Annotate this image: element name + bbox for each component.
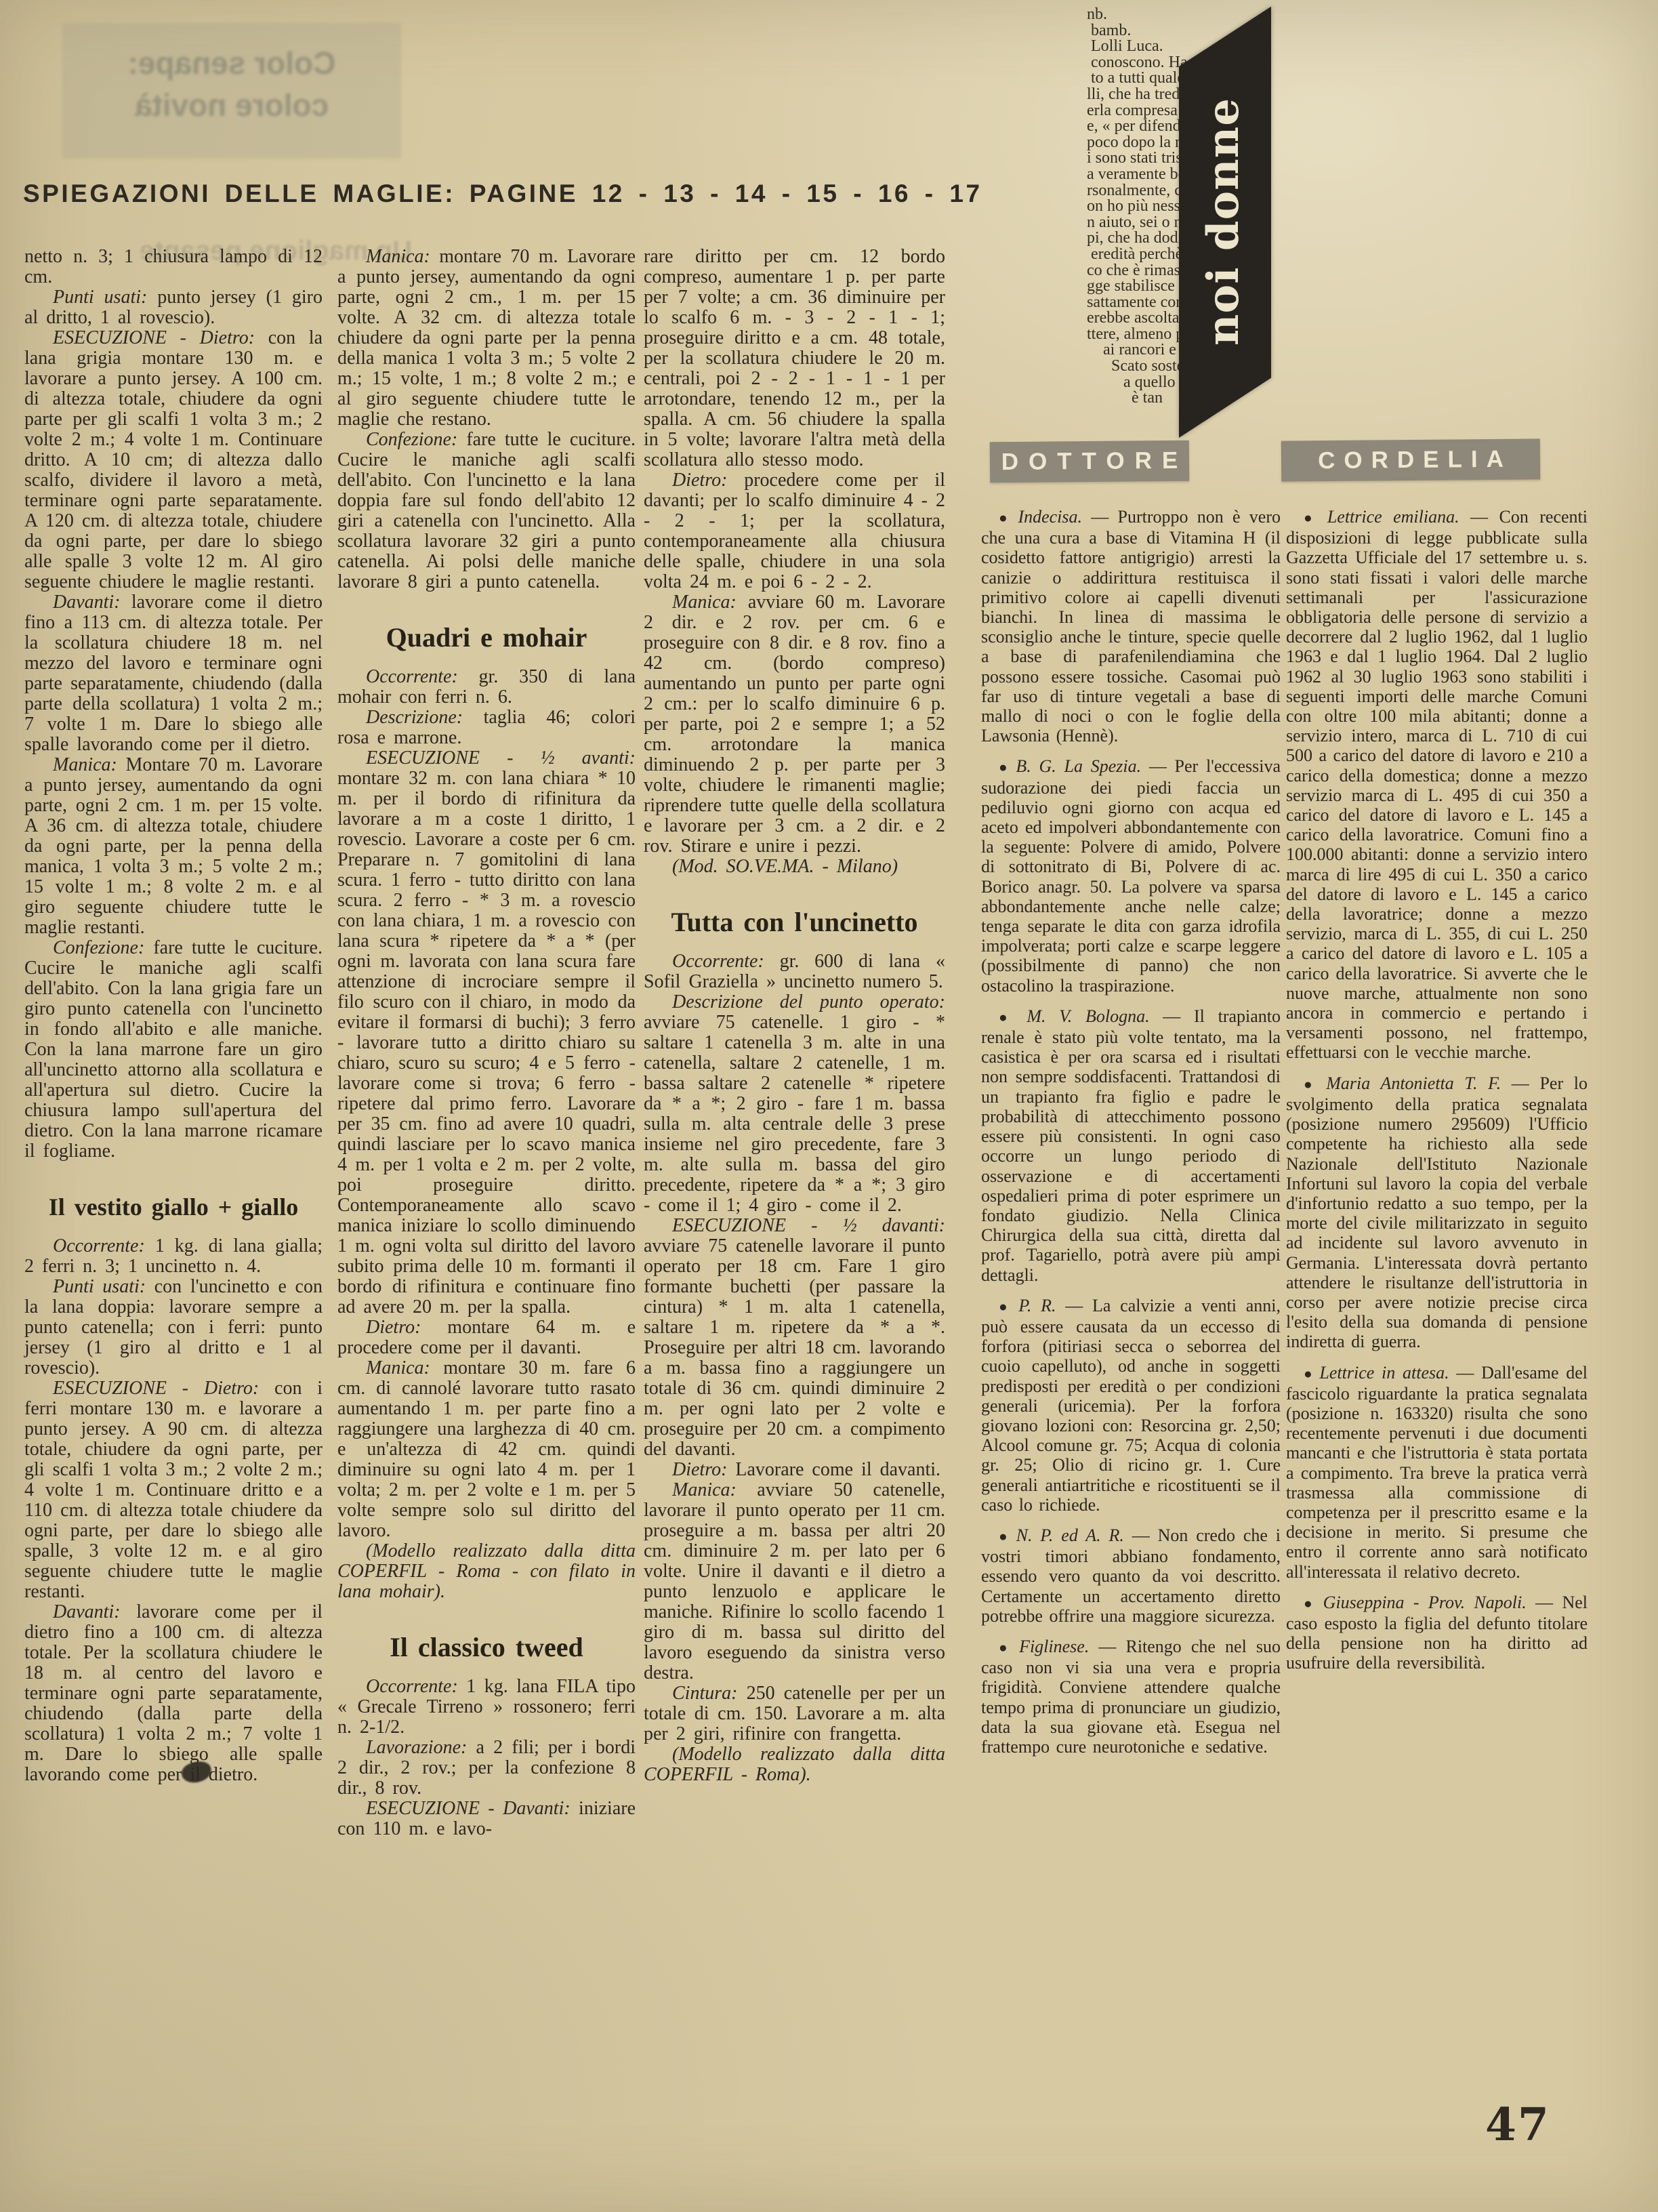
correspondent-name: B. G. La Spezia. <box>1016 756 1148 776</box>
instruction-paragraph: Manica: avviare 50 catenelle, lavorare i… <box>644 1480 945 1683</box>
instruction-paragraph: Occorrente: gr. 350 di lana mohair con f… <box>337 667 636 708</box>
instruction-paragraph: Descrizione del punto operato: avviare 7… <box>644 992 945 1216</box>
paragraph-lead: Lavorazione: <box>366 1737 467 1758</box>
instruction-paragraph: Occorrente: 1 kg. di lana gialla; 2 ferr… <box>24 1236 323 1277</box>
instruction-paragraph: rare diritto per cm. 12 bordo compreso, … <box>644 247 945 470</box>
advice-item: ● Lettrice in attesa. — Dall'esame del f… <box>1286 1363 1588 1582</box>
bullet-icon: ● <box>999 759 1016 775</box>
instruction-paragraph: Manica: montare 70 m. Lavorare a punto j… <box>337 247 636 430</box>
correspondent-name: Figlinese. <box>1019 1637 1098 1656</box>
magazine-page: Color senape:colore novità Un maglione p… <box>0 0 1658 2212</box>
advice-item: ● M. V. Bologna. — Il trapianto renale è… <box>981 1006 1281 1285</box>
instruction-paragraph: netto n. 3; 1 chiusura lampo di 12 cm. <box>24 247 323 287</box>
article-headline: Il vestito giallo + giallo <box>24 1197 323 1217</box>
instruction-paragraph: Occorrente: gr. 600 di lana « Sofil Graz… <box>644 951 945 992</box>
correspondent-name: Lettrice emiliana. <box>1327 507 1470 527</box>
paragraph-lead: ESECUZIONE - Dietro: <box>53 1378 259 1399</box>
instruction-paragraph: ESECUZIONE - ½ avanti: montare 32 m. con… <box>337 748 636 1317</box>
advice-item: ● Maria Antonietta T. F. — Per lo svolgi… <box>1286 1073 1588 1352</box>
advice-item: ● P. R. — La calvizie a venti anni, può … <box>981 1296 1281 1515</box>
correspondent-name: Indecisa. <box>1018 507 1091 527</box>
paragraph-lead: Occorrente: <box>672 951 764 972</box>
section-bar-cordelia: CORDELIA <box>1281 438 1541 481</box>
advice-item: ● Indecisa. — Purtroppo non è vero che u… <box>981 507 1281 745</box>
instruction-paragraph: Davanti: lavorare come per il dietro fin… <box>24 1602 323 1785</box>
model-credit: (Mod. SO.VE.MA. - Milano) <box>644 857 945 877</box>
paragraph-lead: Manica: <box>53 754 117 775</box>
bullet-icon: ● <box>999 1009 1027 1025</box>
instruction-paragraph: ESECUZIONE - Davanti: iniziare con 110 m… <box>337 1799 636 1839</box>
paragraph-lead: ESECUZIONE - Davanti: <box>366 1798 571 1819</box>
instruction-paragraph: Dietro: Lavorare come il davanti. <box>644 1460 945 1480</box>
instruction-paragraph: Cintura: 250 catenelle per per un totale… <box>644 1683 945 1744</box>
paragraph-lead: Manica: <box>366 246 430 267</box>
paragraph-lead: Davanti: <box>53 1601 121 1622</box>
instruction-paragraph: Confezione: fare tutte le cuciture. Cuci… <box>24 938 323 1162</box>
instruction-paragraph: Davanti: lavorare come il dietro fino a … <box>24 592 323 755</box>
instruction-paragraph: Manica: montare 30 m. fare 6 cm. di cann… <box>337 1358 636 1541</box>
bullet-icon: ● <box>999 1528 1016 1544</box>
instruction-paragraph: Manica: Montare 70 m. Lavorare a punto j… <box>24 755 323 938</box>
paragraph-lead: Occorrente: <box>53 1235 145 1256</box>
paragraph-lead: ESECUZIONE - ½ davanti: <box>672 1215 945 1236</box>
instruction-paragraph: Confezione: fare tutte le cuciture. Cuci… <box>337 430 636 592</box>
paragraph-lead: Confezione: <box>366 429 457 450</box>
paragraph-lead: ESECUZIONE - ½ avanti: <box>366 747 636 769</box>
article-headline: Quadri e mohair <box>337 628 636 648</box>
instruction-paragraph: Dietro: procedere come per il davanti; p… <box>644 470 945 592</box>
bullet-icon: ● <box>1304 1076 1326 1092</box>
bullet-icon: ● <box>999 1298 1018 1315</box>
instruction-paragraph: Dietro: montare 64 m. e procedere come p… <box>337 1317 636 1358</box>
instruction-paragraph: ESECUZIONE - Dietro: con la lana grigia … <box>24 328 323 592</box>
paragraph-lead: Cintura: <box>672 1683 737 1704</box>
paragraph-lead: ESECUZIONE - Dietro: <box>53 327 255 348</box>
show-through-box: Color senape:colore novità <box>62 23 401 159</box>
instruction-paragraph: Punti usati: con l'uncinetto e con la la… <box>24 1277 323 1378</box>
advice-item: ● Lettrice emiliana. — Con recenti dispo… <box>1286 507 1588 1063</box>
ghost-line: colore novità <box>62 84 401 126</box>
correspondent-name: N. P. ed A. R. <box>1016 1525 1132 1545</box>
bullet-icon: ● <box>999 510 1018 526</box>
knitting-column-1: netto n. 3; 1 chiusura lampo di 12 cm.Pu… <box>24 247 323 1785</box>
paragraph-lead: Punti usati: <box>53 1276 146 1297</box>
instruction-paragraph: ESECUZIONE - Dietro: con i ferri montare… <box>24 1378 323 1602</box>
advice-item: ● Giuseppina - Prov. Napoli. — Nel caso … <box>1286 1593 1588 1673</box>
paragraph-lead: Manica: <box>672 1479 737 1500</box>
instruction-paragraph: Occorrente: 1 kg. lana FILA tipo « Greca… <box>337 1677 636 1738</box>
correspondent-name: Lettrice in attesa. <box>1319 1363 1456 1382</box>
knitting-column-3: rare diritto per cm. 12 bordo compreso, … <box>644 247 945 1785</box>
bullet-icon: ● <box>1304 1366 1319 1382</box>
paragraph-lead: Dietro: <box>672 470 727 491</box>
advice-item: ● B. G. La Spezia. — Per l'eccessiva sud… <box>981 756 1281 995</box>
advice-item: ● N. P. ed A. R. — Non credo che i vostr… <box>981 1525 1281 1626</box>
correspondent-name: M. V. Bologna. <box>1027 1006 1163 1026</box>
paragraph-lead: Manica: <box>672 592 737 613</box>
article-headline: Il classico tweed <box>337 1637 636 1658</box>
section-bar-dottore: DOTTORE <box>990 441 1190 483</box>
instruction-paragraph: Manica: avviare 60 m. Lavorare 2 dir. e … <box>644 592 945 857</box>
correspondent-name: Maria Antonietta T. F. <box>1326 1073 1512 1093</box>
ghost-line: Color senape: <box>62 42 401 84</box>
bullet-icon: ● <box>999 1639 1019 1656</box>
correspondent-name: Giuseppina - Prov. Napoli. <box>1323 1593 1535 1612</box>
knitting-column-2: Manica: montare 70 m. Lavorare a punto j… <box>337 247 636 1839</box>
advice-column-2: ● Lettrice emiliana. — Con recenti dispo… <box>1286 507 1588 1684</box>
paragraph-lead: Occorrente: <box>366 666 458 687</box>
page-number: 47 <box>1485 2098 1550 2151</box>
paragraph-lead: Manica: <box>366 1357 430 1378</box>
paragraph-lead: Davanti: <box>53 592 121 613</box>
instruction-paragraph: Descrizione: taglia 46; colori rosa e ma… <box>337 708 636 748</box>
advice-column-1: ● Indecisa. — Purtroppo non è vero che u… <box>981 507 1281 1767</box>
paragraph-lead: Dietro: <box>672 1459 727 1480</box>
article-headline: Tutta con l'uncinetto <box>644 912 945 933</box>
paragraph-lead: Punti usati: <box>53 287 147 308</box>
model-credit: (Modello realizzato dalla ditta COPERFIL… <box>644 1744 945 1785</box>
paragraph-lead: Descrizione: <box>366 707 463 728</box>
instruction-paragraph: Punti usati: punto jersey (1 giro al dri… <box>24 287 323 328</box>
paragraph-lead: Dietro: <box>366 1317 421 1338</box>
paragraph-lead: Descrizione del punto operato: <box>672 991 945 1012</box>
instruction-paragraph: Lavorazione: a 2 fili; per i bordi 2 dir… <box>337 1738 636 1799</box>
model-credit: (Modello realizzato dalla ditta COPERFIL… <box>337 1541 636 1602</box>
correspondent-name: P. R. <box>1018 1296 1065 1315</box>
advice-item: ● Figlinese. — Ritengo che nel suo caso … <box>981 1637 1281 1757</box>
paragraph-lead: Occorrente: <box>366 1676 458 1697</box>
paragraph-lead: Confezione: <box>53 937 144 958</box>
page-kicker: SPIEGAZIONI DELLE MAGLIE: PAGINE 12 - 13… <box>23 180 982 208</box>
bullet-icon: ● <box>1304 1595 1323 1612</box>
noi-donne-logo: noi donne <box>1198 45 1252 398</box>
bullet-icon: ● <box>1304 510 1327 526</box>
instruction-paragraph: ESECUZIONE - ½ davanti: avviare 75 caten… <box>644 1216 945 1460</box>
